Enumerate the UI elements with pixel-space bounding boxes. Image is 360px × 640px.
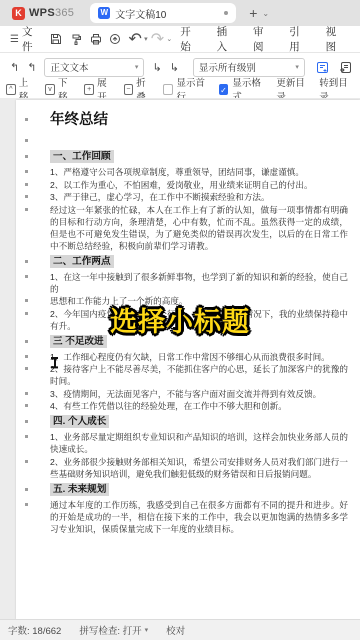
paragraph-text: 通过本年度的工作历练，我感受到自己在很多方面都有不同的提升和进步。好的开始是成功… xyxy=(50,500,348,534)
move-up-icon: ^ xyxy=(6,84,16,95)
outline-paragraph-marker[interactable] xyxy=(25,488,28,491)
paragraph-text: 经过这一年紧张的忙碌，本人在工作上有了新的认知，做每一项事情都有明确的目标和行动… xyxy=(50,205,348,251)
expand-icon: + xyxy=(84,84,94,95)
checkbox-checked-icon: ✓ xyxy=(219,84,229,95)
outline-row[interactable]: 3、严于律己，虚心学习，在工作中不断摸索经验和方法。 xyxy=(16,191,350,203)
wps-home-button[interactable]: K WPS365 xyxy=(4,4,82,23)
paragraph-text: 二、工作两点 xyxy=(50,255,114,268)
outline-paragraph-marker[interactable] xyxy=(25,155,28,158)
file-menu-button[interactable]: ☰ 文件 xyxy=(6,22,46,56)
document-area: 年终总结 一、工作回顾 1、严格遵守公司各项规章制度，尊重领导，团结同事，谦虚谨… xyxy=(0,98,360,620)
redo-icon: ↷ xyxy=(150,32,165,47)
outline-row[interactable]: 二、工作两点 xyxy=(16,255,350,269)
print-icon[interactable] xyxy=(88,32,103,47)
outline-paragraph-marker[interactable] xyxy=(25,435,28,438)
paragraph-text: 年终总结 xyxy=(50,112,108,128)
outline-row[interactable]: 一、工作回顾 xyxy=(16,150,350,164)
word-count[interactable]: 字数: 18/662 xyxy=(8,623,61,637)
outline-row[interactable] xyxy=(16,134,350,147)
tab-list-chevron-down-icon[interactable]: ⌄ xyxy=(262,9,269,18)
outline-row[interactable]: 年终总结 xyxy=(16,110,350,130)
undo-icon[interactable]: ↶ xyxy=(128,32,143,47)
outline-paragraph-marker[interactable] xyxy=(25,392,28,395)
outline-paragraph-marker[interactable] xyxy=(25,260,28,263)
outline-row[interactable]: 1、业务部尽量定期组织专业知识和产品知识的培训，这样会加快业务部人员的快速成长。 xyxy=(16,431,350,455)
document-tab[interactable]: W 文字文稿10 xyxy=(90,3,236,23)
spellcheck-label: 拼写检查: 打开 xyxy=(79,623,141,637)
promote-icon[interactable]: ↰ xyxy=(23,61,40,74)
outline-paragraph-marker[interactable] xyxy=(25,367,28,370)
outline-row[interactable]: 1、在这一年中接触到了很多新鲜事物，也学到了新的知识和新的经验，使自己的 xyxy=(16,271,350,295)
paragraph-text: 五. 未来规划 xyxy=(50,483,109,496)
wps-home-label: WPS365 xyxy=(29,7,74,19)
outline-paragraph-marker[interactable] xyxy=(25,195,28,198)
outline-row[interactable]: 经过这一年紧张的忙碌，本人在工作上有了新的认知，做每一项事情都有明确的目标和行动… xyxy=(16,204,350,252)
video-caption: 选择小标题 xyxy=(0,300,360,339)
tab-review[interactable]: 审阅 xyxy=(245,22,281,56)
outline-row[interactable]: 四. 个人成长 xyxy=(16,415,350,429)
outline-row[interactable]: 3、疫情期间，无法面见客户，不能与客户面对面交流并得到有效反馈。 xyxy=(16,388,350,400)
paragraph-text: 1、工作细心程度仍有欠缺，日常工作中常因不够细心从而浪费很多时间。 xyxy=(50,352,330,362)
outline-paragraph-marker[interactable] xyxy=(25,460,28,463)
outline-row[interactable]: 2、以工作为重心，不怕困难，爱岗敬业，用业绩来证明自己的付出。 xyxy=(16,179,350,191)
move-down-icon: v xyxy=(45,84,55,95)
undo-caret-icon[interactable]: ▾ xyxy=(144,35,148,43)
tab-home[interactable]: 开始 xyxy=(172,22,208,56)
status-bar: 字数: 18/662 拼写检查: 打开 ▾ 校对 xyxy=(0,619,360,640)
outline-row[interactable]: 4、有些工作凭借以往的经验处理，在工作中不够大胆和创新。 xyxy=(16,400,350,412)
outline-paragraph-marker[interactable] xyxy=(25,208,28,211)
update-toc-button[interactable] xyxy=(314,61,331,74)
paragraph-text: 四. 个人成长 xyxy=(50,415,109,428)
outline-style-value: 正文文本 xyxy=(50,60,88,74)
paragraph-text: 2、业务部很少接触财务部相关知识，希望公司安排财务人员对我们部门进行一些基础财务… xyxy=(50,457,348,479)
show-level-value: 显示所有级别 xyxy=(199,60,256,74)
outline-style-select[interactable]: 正文文本 ▾ xyxy=(44,58,144,77)
outline-paragraph-marker[interactable] xyxy=(25,404,28,407)
new-tab-button[interactable]: + xyxy=(246,5,260,21)
menu-bar: ☰ 文件 ↶ ▾ ↷ ⌄ 开始 插入 审阅 引用 视图 xyxy=(0,26,360,53)
share-icon[interactable] xyxy=(108,32,123,47)
outline-paragraph-marker[interactable] xyxy=(25,183,28,186)
outline-row[interactable]: 2、接待客户上不能尽善尽美，不能抓住客户的心思，延长了加深客户的犹豫的时间。 xyxy=(16,363,350,387)
format-painter-icon[interactable] xyxy=(69,32,84,47)
paragraph-text: 1、业务部尽量定期组织专业知识和产品知识的培训，这样会加快业务部人员的快速成长。 xyxy=(50,432,348,454)
outline-row[interactable]: 通过本年度的工作历练，我感受到自己在很多方面都有不同的提升和进步。好的开始是成功… xyxy=(16,499,350,535)
outline-paragraph-marker[interactable] xyxy=(25,170,28,173)
wps-logo-icon: K xyxy=(12,7,25,20)
outline-paragraph-marker[interactable] xyxy=(25,275,28,278)
collapse-icon: − xyxy=(124,84,134,95)
paragraph-text: 3、疫情期间，无法面见客户，不能与客户面对面交流并得到有效反馈。 xyxy=(50,389,321,399)
tab-reference[interactable]: 引用 xyxy=(281,22,317,56)
outline-row[interactable]: 五. 未来规划 xyxy=(16,483,350,497)
show-level-select[interactable]: 显示所有级别 ▾ xyxy=(193,58,305,77)
paragraph-text: 一、工作回顾 xyxy=(50,150,114,163)
writer-doc-icon: W xyxy=(98,7,110,19)
goto-toc-button[interactable] xyxy=(337,61,354,74)
paragraph-text: 3、严于律己，虚心学习，在工作中不断摸索经验和方法。 xyxy=(50,192,270,202)
paragraph-text: 2、接待客户上不能尽善尽美，不能抓住客户的心思，延长了加深客户的犹豫的时间。 xyxy=(50,364,348,386)
paragraph-text: 2、以工作为重心，不怕困难，爱岗敬业，用业绩来证明自己的付出。 xyxy=(50,180,313,190)
outline-paragraph-marker[interactable] xyxy=(25,355,28,358)
chevron-down-icon: ▾ xyxy=(135,63,139,71)
hamburger-icon: ☰ xyxy=(10,34,19,45)
tab-view[interactable]: 视图 xyxy=(318,22,354,56)
document-tab-title: 文字文稿10 xyxy=(115,6,219,21)
document-page[interactable]: 年终总结 一、工作回顾 1、严格遵守公司各项规章制度，尊重领导，团结同事，谦虚谨… xyxy=(16,100,360,620)
demote-body-icon[interactable]: ↳ xyxy=(166,61,183,74)
demote-icon[interactable]: ↳ xyxy=(148,61,165,74)
outline-row[interactable]: 2、业务部很少接触财务部相关知识，希望公司安排财务人员对我们部门进行一些基础财务… xyxy=(16,456,350,480)
outline-paragraph-marker[interactable] xyxy=(25,420,28,423)
update-toc-icon xyxy=(316,61,329,74)
file-menu-label: 文件 xyxy=(22,24,42,54)
checkbox-unchecked-icon xyxy=(163,84,173,95)
outline-paragraph-marker[interactable] xyxy=(25,340,28,343)
outline-paragraph-marker[interactable] xyxy=(25,118,28,121)
proofread-button[interactable]: 校对 xyxy=(166,623,185,637)
promote-heading-icon[interactable]: ↰ xyxy=(6,61,23,74)
chevron-down-icon: ▾ xyxy=(145,626,149,634)
tab-unsaved-dot xyxy=(224,11,228,15)
paragraph-text: 1、严格遵守公司各项规章制度，尊重领导，团结同事，谦虚谨慎。 xyxy=(50,167,304,177)
paragraph-text: 1、在这一年中接触到了很多新鲜事物，也学到了新的知识和新的经验，使自己的 xyxy=(50,272,348,294)
outline-paragraph-marker[interactable] xyxy=(25,139,28,142)
spellcheck-toggle[interactable]: 拼写检查: 打开 ▾ xyxy=(79,623,148,637)
chevron-down-icon: ▾ xyxy=(295,63,299,71)
outline-row[interactable]: 1、严格遵守公司各项规章制度，尊重领导，团结同事，谦虚谨慎。 xyxy=(16,166,350,178)
outline-row[interactable]: 1、工作细心程度仍有欠缺，日常工作中常因不够细心从而浪费很多时间。 xyxy=(16,351,350,363)
paragraph-text: 4、有些工作凭借以往的经验处理，在工作中不够大胆和创新。 xyxy=(50,401,287,411)
goto-toc-icon xyxy=(339,61,352,74)
save-icon[interactable] xyxy=(49,32,64,47)
tab-insert[interactable]: 插入 xyxy=(209,22,245,56)
outline-paragraph-marker[interactable] xyxy=(25,503,28,506)
ribbon-tabs: 开始 插入 审阅 引用 视图 xyxy=(172,22,354,56)
